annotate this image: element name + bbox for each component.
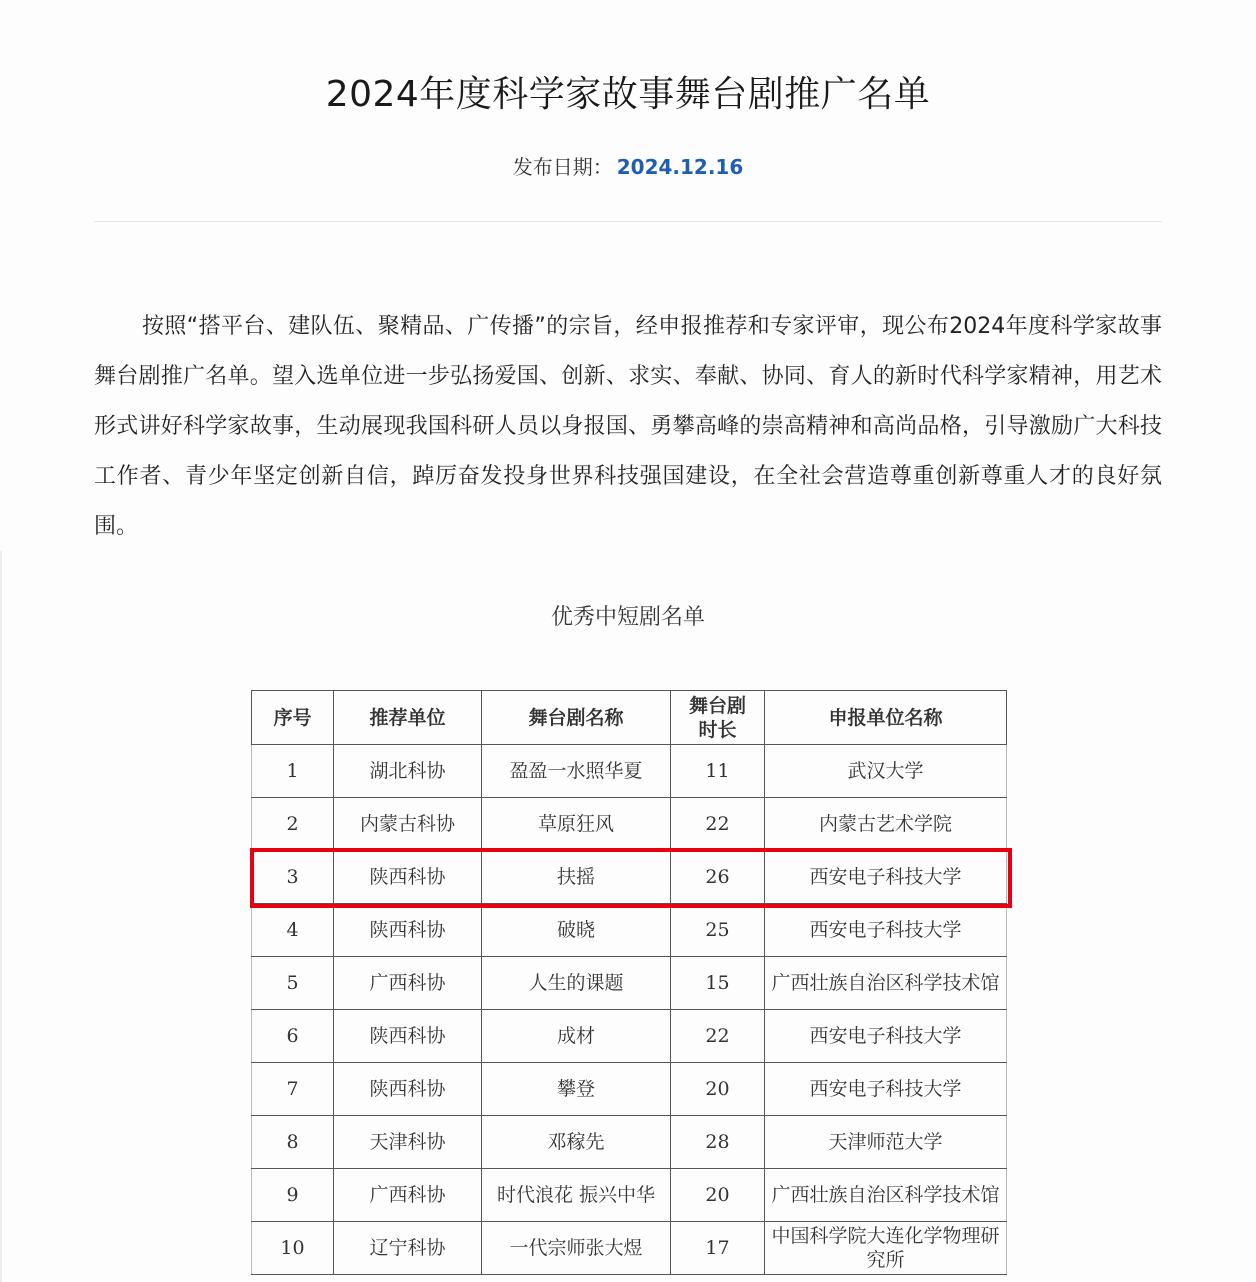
- page-title: 2024年度科学家故事舞台剧推广名单: [0, 66, 1256, 117]
- cell-applicant: 广西壮族自治区科学技术馆: [765, 957, 1007, 1010]
- cell-play: 破晓: [482, 904, 671, 957]
- column-header-duration: 舞台剧时长: [671, 691, 765, 745]
- cell-recommender: 陕西科协: [334, 851, 482, 904]
- cell-play: 草原狂风: [482, 798, 671, 851]
- cell-recommender: 陕西科协: [334, 1063, 482, 1116]
- cell-no: 1: [252, 745, 334, 798]
- cell-no: 10: [252, 1222, 334, 1275]
- cell-applicant: 西安电子科技大学: [765, 1010, 1007, 1063]
- cell-duration: 17: [671, 1222, 765, 1275]
- cell-applicant: 天津师范大学: [765, 1116, 1007, 1169]
- table-row: 10 辽宁科协 一代宗师张大煜 17 中国科学院大连化学物理研究所: [252, 1222, 1007, 1275]
- table-row: 6 陕西科协 成材 22 西安电子科技大学: [252, 1010, 1007, 1063]
- cell-play: 成材: [482, 1010, 671, 1063]
- cell-no: 5: [252, 957, 334, 1010]
- cell-recommender: 广西科协: [334, 1169, 482, 1222]
- cell-no: 8: [252, 1116, 334, 1169]
- table-row: 2 内蒙古科协 草原狂风 22 内蒙古艺术学院: [252, 798, 1007, 851]
- cell-duration: 20: [671, 1063, 765, 1116]
- cell-no: 9: [252, 1169, 334, 1222]
- publish-date-value: 2024.12.16: [617, 155, 744, 179]
- cell-recommender: 天津科协: [334, 1116, 482, 1169]
- cell-applicant: 西安电子科技大学: [765, 904, 1007, 957]
- cell-no: 6: [252, 1010, 334, 1063]
- cell-play: 人生的课题: [482, 957, 671, 1010]
- cell-recommender: 辽宁科协: [334, 1222, 482, 1275]
- cell-play: 时代浪花 振兴中华: [482, 1169, 671, 1222]
- column-header-recommender: 推荐单位: [334, 691, 482, 745]
- cell-duration: 25: [671, 904, 765, 957]
- cell-duration: 26: [671, 851, 765, 904]
- column-header-applicant: 申报单位名称: [765, 691, 1007, 745]
- cell-duration: 28: [671, 1116, 765, 1169]
- cell-recommender: 广西科协: [334, 957, 482, 1010]
- intro-paragraph: 按照“搭平台、建队伍、聚精品、广传播”的宗旨，经申报推荐和专家评审，现公布202…: [94, 302, 1162, 552]
- table-row: 8 天津科协 邓稼先 28 天津师范大学: [252, 1116, 1007, 1169]
- cell-no: 7: [252, 1063, 334, 1116]
- publish-date-label: 发布日期：: [513, 155, 613, 179]
- cell-play: 扶摇: [482, 851, 671, 904]
- cell-applicant: 西安电子科技大学: [765, 851, 1007, 904]
- cell-no: 4: [252, 904, 334, 957]
- drama-list-table: 序号 推荐单位 舞台剧名称 舞台剧时长 申报单位名称 1 湖北科协 盈盈一水照华…: [251, 690, 1007, 1275]
- table-header-row: 序号 推荐单位 舞台剧名称 舞台剧时长 申报单位名称: [252, 691, 1007, 745]
- cell-recommender: 湖北科协: [334, 745, 482, 798]
- column-header-no: 序号: [252, 691, 334, 745]
- cell-no: 3: [252, 851, 334, 904]
- page-left-edge: [0, 551, 2, 1282]
- column-header-play: 舞台剧名称: [482, 691, 671, 745]
- cell-duration: 11: [671, 745, 765, 798]
- header-divider: [94, 221, 1162, 222]
- cell-play: 邓稼先: [482, 1116, 671, 1169]
- table-row: 9 广西科协 时代浪花 振兴中华 20 广西壮族自治区科学技术馆: [252, 1169, 1007, 1222]
- cell-duration: 22: [671, 1010, 765, 1063]
- cell-play: 一代宗师张大煜: [482, 1222, 671, 1275]
- section-heading: 优秀中短剧名单: [0, 600, 1256, 631]
- cell-recommender: 陕西科协: [334, 904, 482, 957]
- table-row: 4 陕西科协 破晓 25 西安电子科技大学: [252, 904, 1007, 957]
- cell-play: 攀登: [482, 1063, 671, 1116]
- cell-no: 2: [252, 798, 334, 851]
- cell-play: 盈盈一水照华夏: [482, 745, 671, 798]
- cell-applicant: 中国科学院大连化学物理研究所: [765, 1222, 1007, 1275]
- cell-applicant: 广西壮族自治区科学技术馆: [765, 1169, 1007, 1222]
- cell-applicant: 内蒙古艺术学院: [765, 798, 1007, 851]
- cell-applicant: 武汉大学: [765, 745, 1007, 798]
- cell-recommender: 陕西科协: [334, 1010, 482, 1063]
- table-row: 1 湖北科协 盈盈一水照华夏 11 武汉大学: [252, 745, 1007, 798]
- cell-duration: 15: [671, 957, 765, 1010]
- table-row: 5 广西科协 人生的课题 15 广西壮族自治区科学技术馆: [252, 957, 1007, 1010]
- cell-recommender: 内蒙古科协: [334, 798, 482, 851]
- publish-date: 发布日期：2024.12.16: [0, 151, 1256, 180]
- cell-duration: 20: [671, 1169, 765, 1222]
- table-row: 7 陕西科协 攀登 20 西安电子科技大学: [252, 1063, 1007, 1116]
- cell-applicant: 西安电子科技大学: [765, 1063, 1007, 1116]
- table-row-highlighted: 3 陕西科协 扶摇 26 西安电子科技大学: [252, 851, 1007, 904]
- cell-duration: 22: [671, 798, 765, 851]
